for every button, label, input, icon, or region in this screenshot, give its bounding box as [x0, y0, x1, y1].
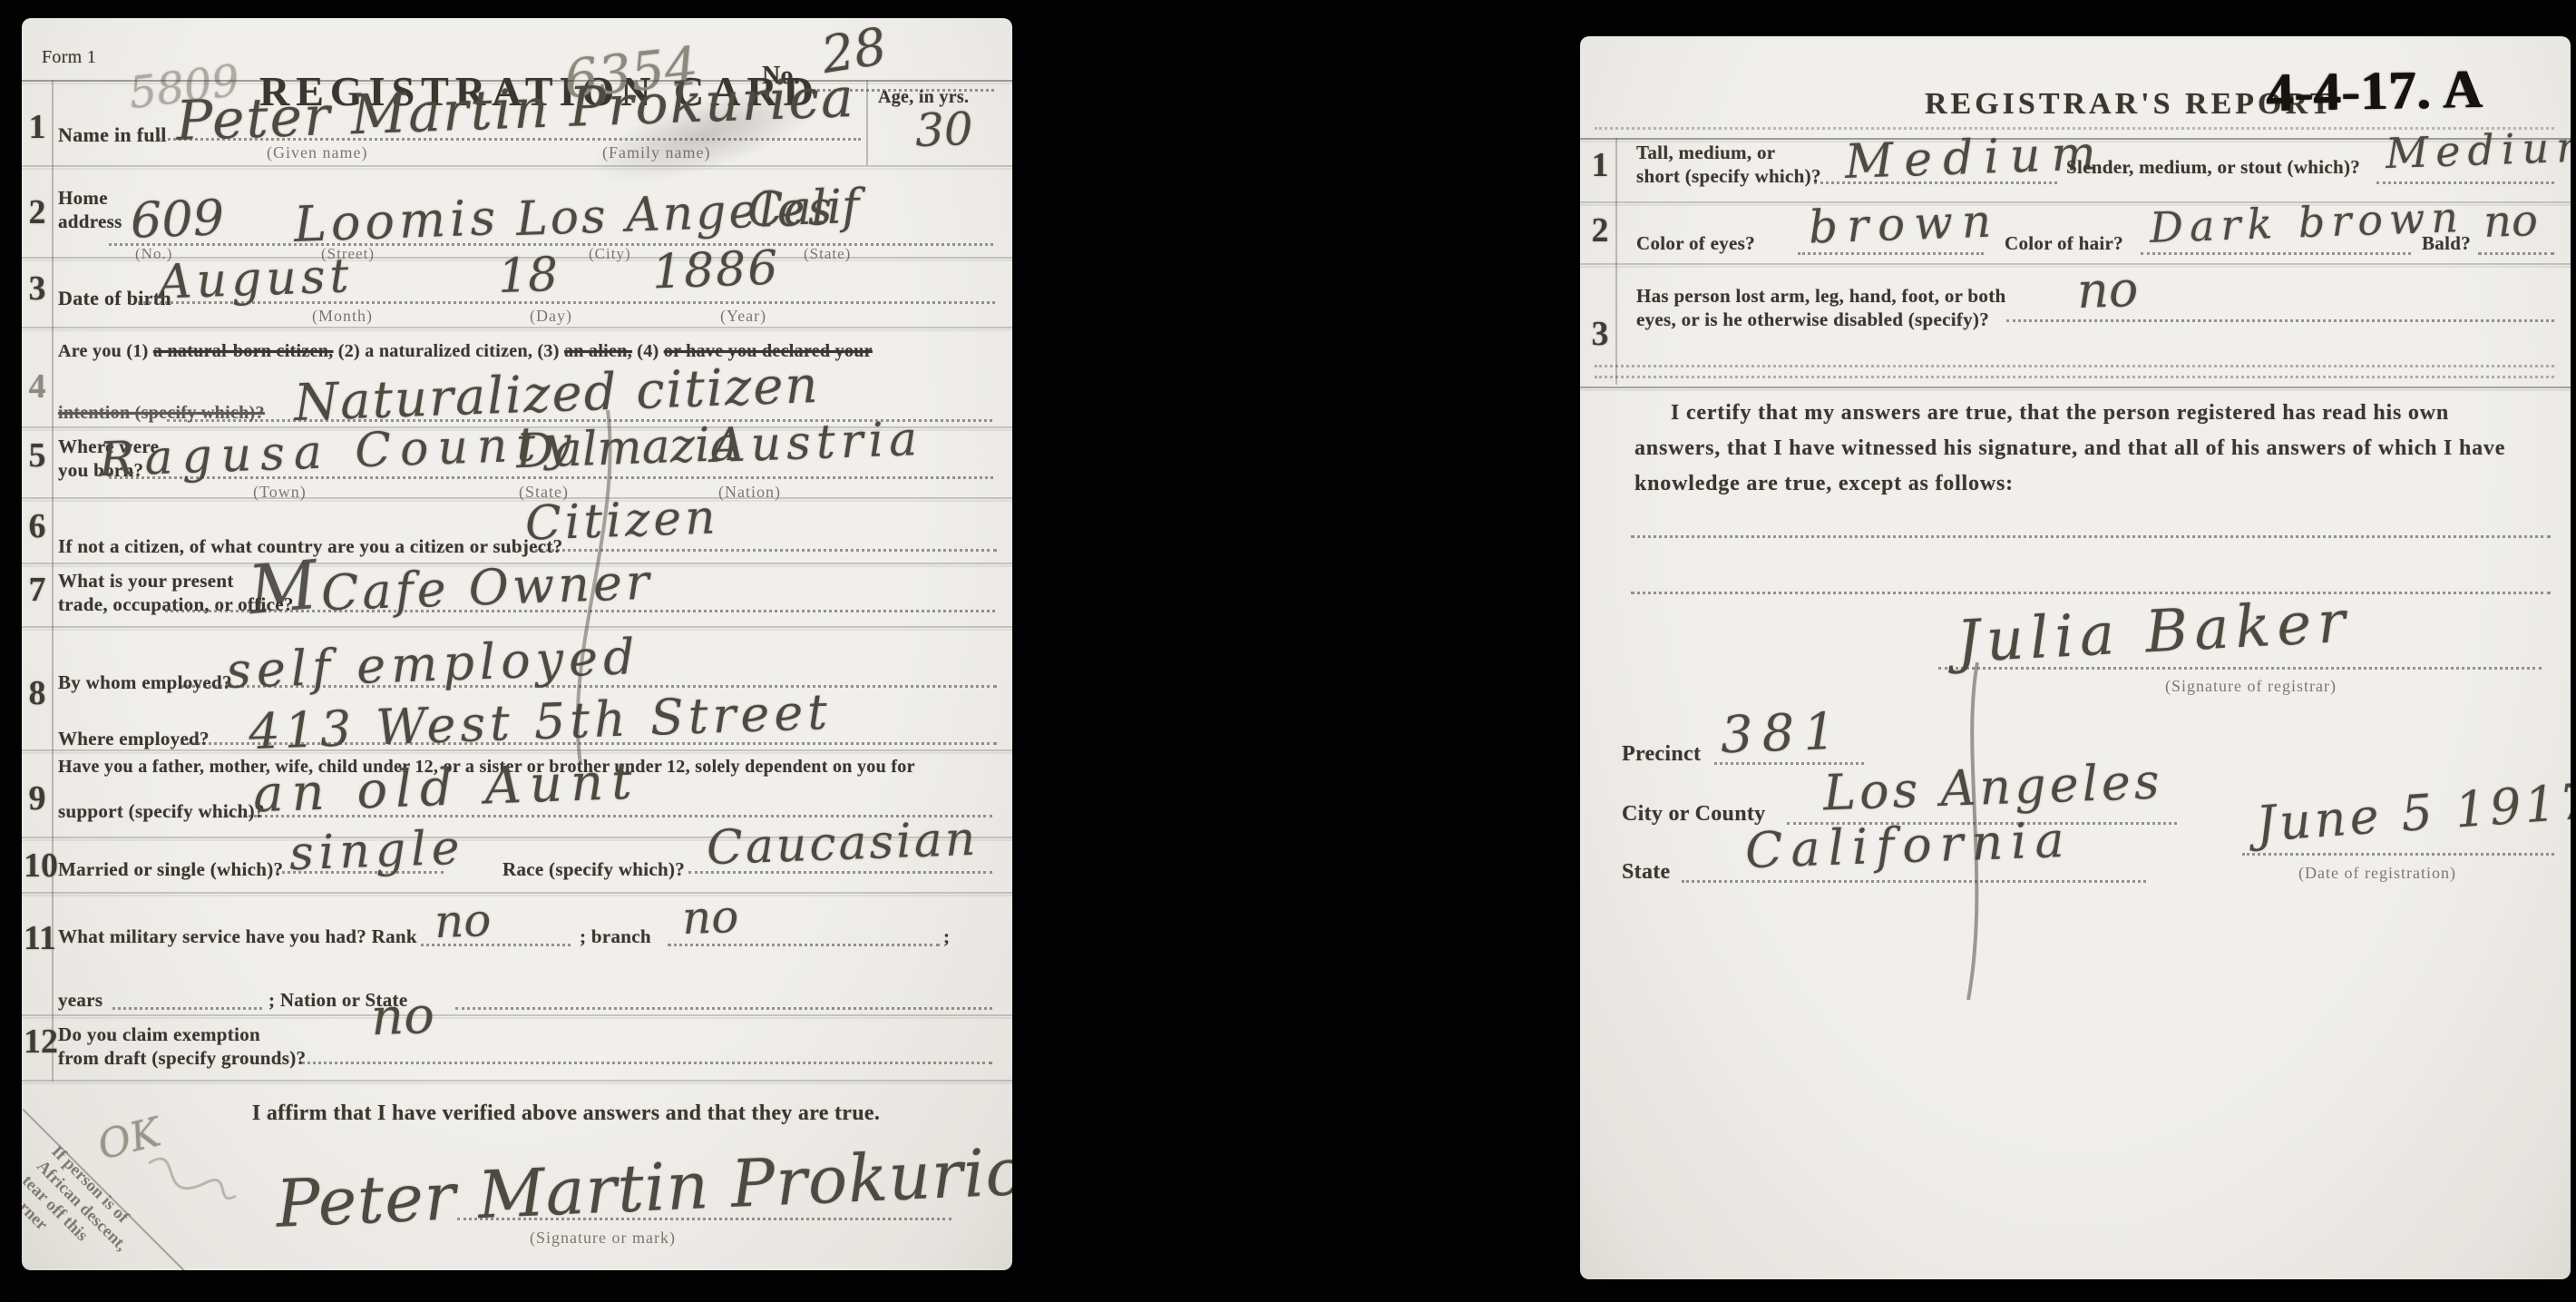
row-rule — [22, 165, 1012, 167]
row-rule — [22, 1014, 1012, 1016]
q2-sub-state: (State) — [804, 245, 851, 263]
row-rule — [22, 327, 1012, 328]
precinct-value: 381 — [1720, 702, 1846, 766]
q12-dotted-line — [301, 1062, 992, 1064]
q2-label-line2: address — [58, 210, 122, 233]
q4-text-mid1: (2) a naturalized citizen, (3) — [333, 341, 564, 361]
q11-answer-branch: no — [681, 890, 739, 945]
q3-sub-month: (Month) — [312, 307, 373, 326]
q3-sub-year: (Year) — [720, 307, 766, 326]
bq3-dotted-line — [2006, 319, 2554, 322]
scanned-draft-registration-document: { "colors":{"background":"#030303","pape… — [0, 0, 2576, 1302]
q11-answer-rank: no — [434, 894, 492, 948]
q8-label-employer: By whom employed? — [58, 671, 232, 694]
report-row-number-1: 1 — [1589, 145, 1611, 185]
bq2-dotted-line-hair — [2141, 252, 2411, 255]
q5-answer-nation: Austria — [710, 412, 923, 474]
q11-semicolon: ; — [943, 925, 950, 948]
row-rule — [22, 497, 1012, 499]
precinct-label: Precinct — [1622, 742, 1701, 767]
bq2-label-eyes: Color of eyes? — [1636, 232, 1755, 255]
q3-answer-day: 18 — [497, 248, 559, 304]
registration-date-dotted-line — [2242, 853, 2554, 856]
state-label: State — [1622, 860, 1670, 885]
q10-answer-married: single — [288, 821, 465, 882]
registrar-signature-caption: (Signature of registrar) — [2165, 677, 2337, 696]
q9-question-line2: support (specify which)? — [58, 800, 265, 823]
q7-ink-scribble: M — [245, 546, 320, 630]
bq2-answer-hair: Dark brown — [2149, 192, 2465, 252]
number-column-rule — [1615, 138, 1617, 385]
state-value: California — [1744, 811, 2073, 880]
bq1-label-line2: short (specify which)? — [1636, 165, 1821, 188]
bq3-label-line1: Has person lost arm, leg, hand, foot, or… — [1636, 285, 2005, 308]
section-rule — [1580, 387, 2571, 388]
q9-answer-dependents: an old Aunt — [252, 752, 641, 825]
q10-answer-race: Caucasian — [706, 812, 979, 876]
exception-blank-line-1 — [1631, 535, 2551, 538]
q2-answer-state: Calif — [746, 180, 860, 238]
row-number-3: 3 — [25, 269, 49, 308]
row-rule — [22, 749, 1012, 751]
row-rule — [22, 892, 1012, 894]
exception-blank-line-2 — [1631, 592, 2551, 594]
bq2-answer-bald: no — [2483, 195, 2539, 248]
row-number-1: 1 — [25, 107, 49, 147]
affirmation-text: I affirm that I have verified above answ… — [167, 1101, 965, 1126]
report-row-number-2: 2 — [1589, 210, 1611, 250]
q8-answer-employer: self employed — [225, 628, 641, 700]
q3-answer-year: 1886 — [651, 241, 780, 300]
q2-answer-street: Loomis — [293, 189, 501, 253]
q2-answer-number: 609 — [130, 189, 225, 250]
q11-dotted-line-branch — [668, 944, 940, 946]
bq2-dotted-line-bald — [2478, 252, 2554, 255]
state-dotted-line — [1682, 880, 2146, 883]
row-number-6: 6 — [25, 506, 49, 546]
row-number-12: 12 — [24, 1022, 51, 1062]
q1-sub-family: (Family name) — [602, 143, 710, 162]
row-number-8: 8 — [25, 673, 49, 713]
pencil-ok-note: OK — [93, 1109, 165, 1169]
q12-label-line2: from draft (specify grounds)? — [58, 1047, 306, 1070]
q4-text-start: Are you (1) — [58, 341, 153, 361]
bq3-label-line2: eyes, or is he otherwise disabled (speci… — [1636, 308, 1989, 331]
q3-label: Date of birth — [58, 287, 171, 310]
bq1-answer-build: Medium — [2385, 122, 2571, 178]
q5-answer-state: Dalmazia — [515, 417, 739, 480]
q12-label-line1: Do you claim exemption — [58, 1023, 260, 1046]
q7-answer-occupation: Cafe Owner — [320, 553, 654, 622]
q11-dotted-line-years — [112, 1007, 262, 1010]
registrar-signature: Julia Baker — [1955, 589, 2353, 677]
date-stamp: 4-4-17. A — [2265, 58, 2483, 124]
signature-caption: (Signature or mark) — [530, 1229, 676, 1248]
bq2-answer-eyes: brown — [1808, 194, 2001, 253]
row-number-5: 5 — [25, 436, 49, 475]
row-number-7: 7 — [25, 570, 49, 610]
certify-line2: answers, that I have witnessed his signa… — [1634, 436, 2505, 461]
q11-label-years: years — [58, 989, 102, 1012]
certify-line1: I certify that my answers are true, that… — [1671, 401, 2449, 426]
city-county-value: Los Angeles — [1822, 752, 2163, 821]
q11-dotted-line-nation — [455, 1007, 992, 1010]
q11-label-rank: What military service have you had? Rank — [58, 925, 417, 948]
registration-card-front: Form 1 5809 REGISTRATION CARD 6354 No. 2… — [22, 18, 1012, 1270]
row-number-10: 10 — [24, 846, 51, 886]
bq1-label-build: Slender, medium, or stout (which)? — [2066, 156, 2360, 179]
q4-option-natural-born-struck: a natural-born citizen, — [153, 341, 334, 361]
q1-label: Name in full — [58, 123, 167, 147]
report-row-number-3: 3 — [1589, 314, 1611, 354]
row-number-11: 11 — [24, 918, 51, 958]
age-box-rule — [866, 80, 868, 165]
q3-sub-day: (Day) — [530, 307, 572, 326]
q8-label-where: Where employed? — [58, 728, 210, 750]
q10-label-race: Race (specify which)? — [503, 858, 685, 881]
q2-label-line1: Home — [58, 187, 108, 210]
bq3-answer-disabled: no — [2076, 260, 2139, 319]
q4-text-mid2: (4) — [632, 341, 664, 361]
q10-label-married: Married or single (which)? — [58, 858, 283, 881]
bq2-label-hair: Color of hair? — [2005, 232, 2123, 255]
q3-answer-month: August — [157, 249, 354, 309]
q4-option-alien-struck: an alien, — [564, 341, 632, 361]
q12-answer-exemption: no — [370, 986, 435, 1047]
row-number-2: 2 — [25, 192, 49, 232]
age-value: 30 — [914, 103, 974, 157]
bq2-label-bald: Bald? — [2422, 232, 2471, 255]
form-number-label: Form 1 — [42, 47, 96, 68]
section-dotted-rule-a — [1595, 365, 2554, 367]
row-number-4: 4 — [25, 367, 49, 406]
bq1-label-line1: Tall, medium, or — [1636, 142, 1775, 164]
row-number-9: 9 — [25, 778, 49, 818]
registration-date-value: June 5 1917 — [2254, 772, 2571, 853]
certify-line3: knowledge are true, except as follows: — [1634, 472, 2014, 496]
registrant-signature: Peter Martin Prokurica — [275, 1131, 1012, 1242]
q6-answer: Citizen — [524, 490, 720, 551]
q2-sub-city: (City) — [589, 245, 631, 263]
registrars-report-back: REGISTRAR'S REPORT 4-4-17. A 1 Tall, med… — [1580, 36, 2571, 1279]
q1-sub-given: (Given name) — [267, 143, 367, 162]
row-rule — [22, 626, 1012, 628]
bq1-dotted-line-build — [2376, 181, 2554, 184]
q7-label-line1: What is your present — [58, 570, 234, 592]
registration-date-caption: (Date of registration) — [2298, 864, 2456, 883]
section-dotted-rule-b — [1595, 376, 2554, 378]
q11-label-branch: ; branch — [580, 925, 651, 948]
row-rule — [22, 1080, 1012, 1082]
